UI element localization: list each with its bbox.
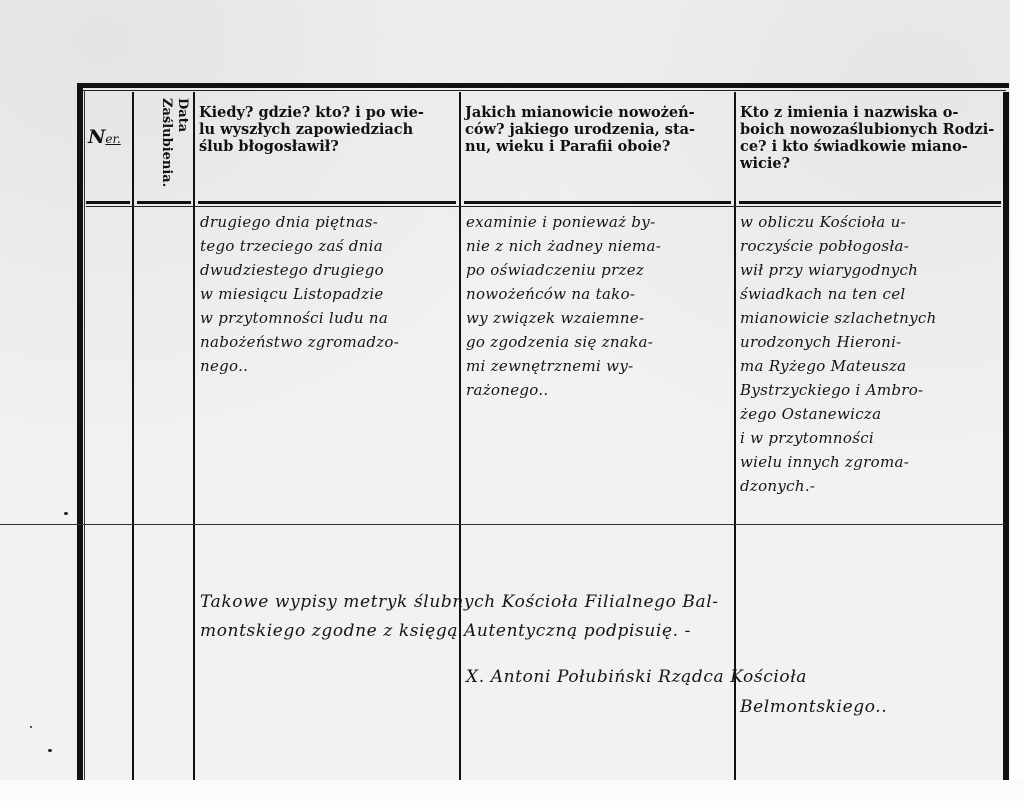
- header-parents-witnesses: Kto z imienia i nazwiska o- boich nowoza…: [740, 104, 1002, 172]
- signature-line-2: Belmontskiego..: [740, 697, 887, 717]
- ink-speck: [30, 726, 32, 728]
- column-divider-2: [193, 92, 195, 780]
- header-rule: [137, 201, 191, 204]
- table-left-border: [77, 83, 83, 781]
- header-rule: [86, 201, 130, 204]
- register-page: Ner. Data Zaślubienia. Kiedy? gdzie? kto…: [0, 0, 1010, 801]
- table-top-border: [77, 83, 1009, 88]
- header-rule: [464, 201, 731, 204]
- header-rule: [739, 201, 1001, 204]
- column-divider-1: [132, 92, 134, 780]
- ink-speck: [64, 512, 68, 515]
- header-rule: [198, 201, 456, 204]
- header-number: Ner.: [88, 126, 121, 148]
- certification-line-2: montskiego zgodne z księgą Autentyczną p…: [200, 621, 691, 641]
- entry-parents-witnesses-text: w obliczu Kościoła u- roczyście pobłogos…: [740, 210, 937, 498]
- entry-when-text: drugiego dnia piętnas- tego trzeciego za…: [200, 210, 399, 378]
- column-divider-3: [459, 92, 461, 780]
- certification-line-1: Takowe wypisy metryk ślubnych Kościoła F…: [200, 592, 719, 612]
- table-right-border: [1003, 92, 1009, 780]
- header-newlyweds: Jakich mianowicie nowożeń- ców? jakiego …: [465, 104, 731, 155]
- signature-line-1: X. Antoni Połubiński Rządca Kościoła: [466, 667, 807, 687]
- page-margin-bottom: [0, 780, 1024, 801]
- table-left-border-inner: [84, 90, 85, 780]
- header-rule-thin: [86, 206, 1001, 207]
- header-when-where-who: Kiedy? gdzie? kto? i po wie- lu wyszłych…: [199, 104, 456, 155]
- header-marriage-date: Data Zaślubienia.: [140, 98, 190, 198]
- entry-separator-line: [0, 524, 1006, 525]
- entry-newlyweds-text: examinie i ponieważ by- nie z nich żadne…: [466, 210, 661, 402]
- page-margin-right: [1010, 0, 1024, 801]
- table-top-border-inner: [80, 90, 1006, 91]
- ink-speck: [48, 749, 52, 752]
